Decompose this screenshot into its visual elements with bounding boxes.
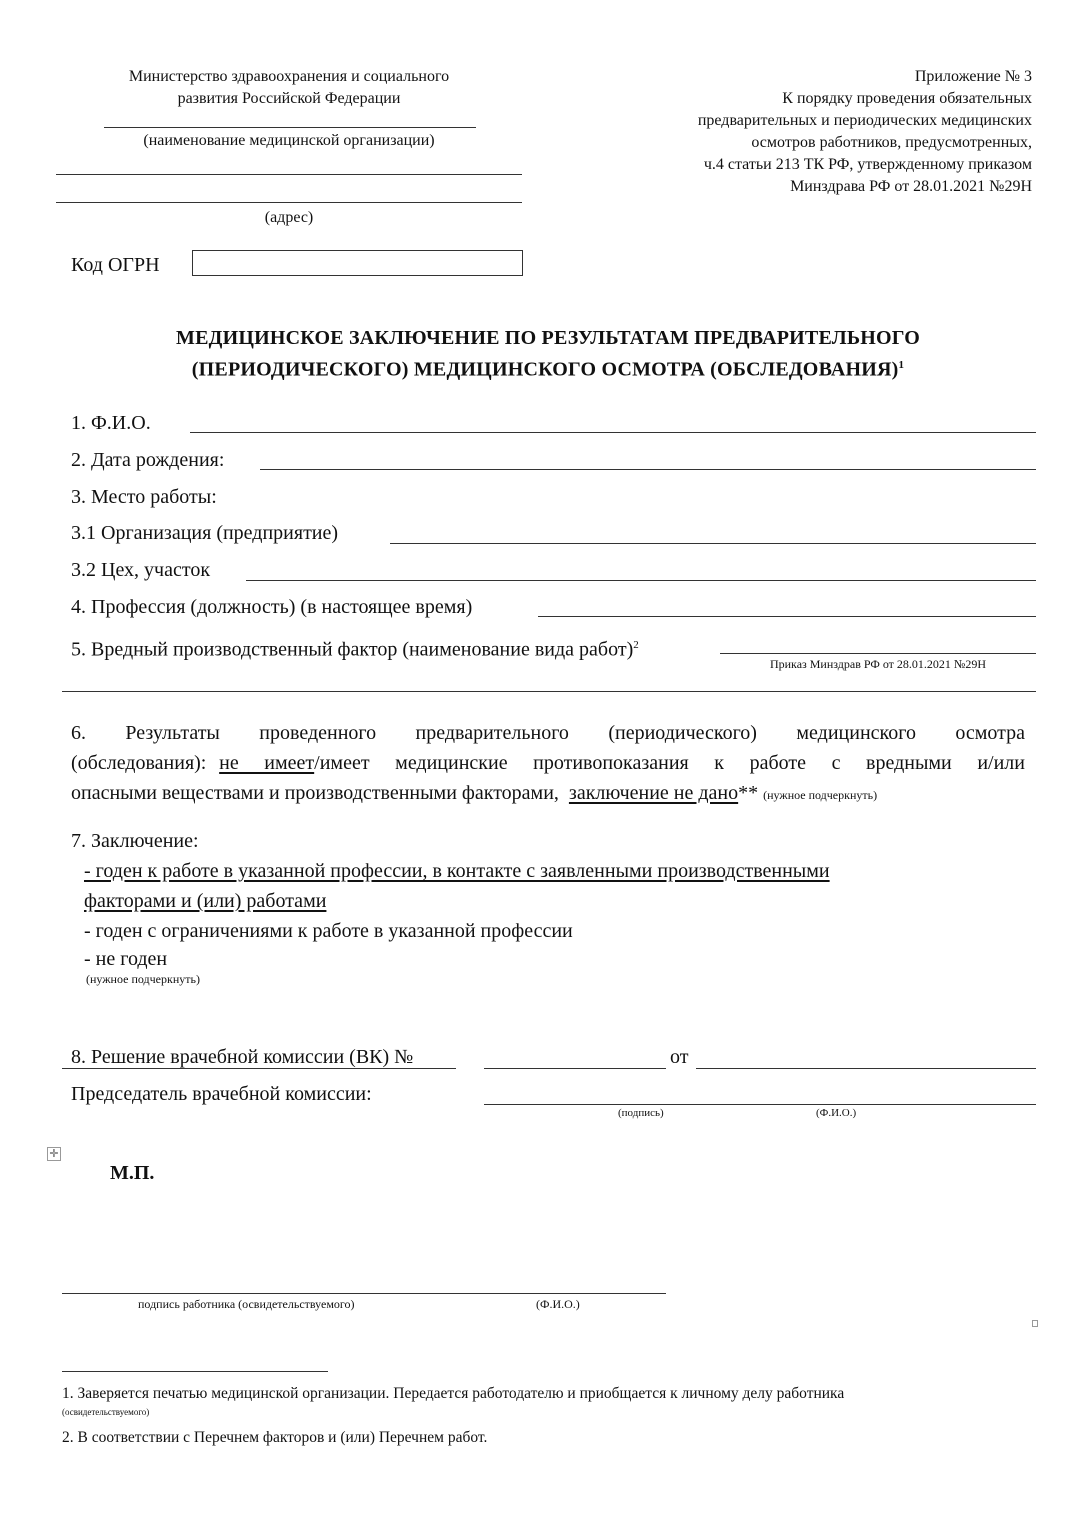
address-line-2[interactable]	[56, 202, 522, 203]
title-line-2-text: (ПЕРИОДИЧЕСКОГО) МЕДИЦИНСКОГО ОСМОТРА (О…	[192, 359, 899, 381]
option-no-conclusion[interactable]: заключение не дано	[569, 782, 738, 804]
fio-field[interactable]	[190, 432, 1036, 433]
results-line-3-prefix: опасными веществами и производственными …	[71, 782, 569, 804]
organization-label: 3.1 Организация (предприятие)	[71, 520, 338, 546]
footnote-separator	[62, 1371, 328, 1372]
harmful-factor-label-text: 5. Вредный производственный фактор (наим…	[71, 639, 633, 661]
birth-date-label: 2. Дата рождения:	[71, 447, 224, 473]
option-no-contraindications[interactable]: не имеет	[219, 752, 314, 774]
option-fit-with-restrictions[interactable]: - годен с ограничениями к работе в указа…	[84, 918, 573, 944]
harmful-factor-value: Приказ Минздрав РФ от 28.01.2021 №29Н	[720, 657, 1036, 671]
document-title: МЕДИЦИНСКОЕ ЗАКЛЮЧЕНИЕ ПО РЕЗУЛЬТАТАМ ПР…	[60, 325, 1036, 384]
org-name-line[interactable]	[104, 127, 476, 128]
conclusion-label: 7. Заключение:	[71, 828, 199, 854]
harmful-factor-label: 5. Вредный производственный фактор (наим…	[71, 632, 639, 663]
results-section: 6. Результаты проведенного предварительн…	[71, 718, 1025, 808]
decision-date-field[interactable]	[696, 1068, 1036, 1069]
appendix-line-3: предварительных и периодических медицинс…	[600, 110, 1032, 132]
ministry-line-2: развития Российской Федерации	[56, 88, 522, 110]
conclusion-note: (нужное подчеркнуть)	[86, 972, 200, 986]
worker-fio-caption: (Ф.И.О.)	[536, 1297, 580, 1311]
results-prefix: (обследования):	[71, 752, 219, 774]
stamp-label: М.П.	[110, 1162, 154, 1185]
results-rest: /имеет медицинские противопоказания к ра…	[314, 752, 1025, 774]
appendix-line-2: К порядку проведения обязательных	[600, 88, 1032, 110]
shop-field[interactable]	[246, 580, 1036, 581]
paragraph-mark-icon	[1032, 1320, 1038, 1327]
results-line-2: (обследования): не имеет/имеет медицинск…	[71, 748, 1025, 778]
fio-label: 1. Ф.И.О.	[71, 410, 151, 436]
appendix-line-4: осмотров работников, предусмотренных,	[600, 132, 1032, 154]
chairman-fio-caption: (Ф.И.О.)	[816, 1107, 856, 1120]
address-line-1[interactable]	[56, 174, 522, 175]
table-move-handle-icon[interactable]: ✛	[47, 1147, 61, 1161]
appendix-line-5: ч.4 статьи 213 ТК РФ, утвержденному прик…	[600, 154, 1032, 176]
profession-field[interactable]	[538, 616, 1036, 617]
footnote-1: 1. Заверяется печатью медицинской органи…	[62, 1384, 844, 1404]
chairman-signature-field[interactable]	[484, 1104, 1036, 1105]
chairman-signature-caption: (подпись)	[618, 1107, 664, 1120]
appendix-line-6: Минздрава РФ от 28.01.2021 №29Н	[600, 176, 1032, 198]
results-line-3: опасными веществами и производственными …	[71, 778, 1025, 808]
decision-number-field[interactable]	[484, 1068, 666, 1069]
footnote-2: 2. В соответствии с Перечнем факторов и …	[62, 1428, 487, 1448]
ministry-line-1: Министерство здравоохранения и социально…	[56, 66, 522, 88]
workplace-label: 3. Место работы:	[71, 484, 217, 510]
chairman-label: Председатель врачебной комиссии:	[71, 1081, 372, 1107]
ogrn-label: Код ОГРН	[71, 252, 160, 278]
option-fit-line-2[interactable]: факторами и (или) работами	[84, 888, 326, 914]
worker-signature-caption: подпись работника (освидетельствуемого)	[138, 1297, 355, 1311]
shop-label: 3.2 Цех, участок	[71, 557, 210, 583]
org-name-caption: (наименование медицинской организации)	[56, 130, 522, 152]
commission-decision-label: 8. Решение врачебной комиссии (ВК) №	[71, 1044, 413, 1070]
results-note: (нужное подчеркнуть)	[763, 788, 877, 802]
appendix-number: Приложение № 3	[600, 66, 1032, 88]
ogrn-field[interactable]	[192, 250, 523, 276]
header-right: Приложение № 3 К порядку проведения обяз…	[600, 66, 1032, 198]
factor-footnote-ref[interactable]: 2	[633, 639, 639, 651]
organization-field[interactable]	[390, 543, 1036, 544]
birth-date-field[interactable]	[260, 469, 1036, 470]
harmful-factor-field-continued[interactable]	[62, 691, 1036, 692]
from-label: от	[670, 1044, 688, 1070]
title-footnote-ref[interactable]: 1	[899, 359, 905, 371]
results-line-1: 6. Результаты проведенного предварительн…	[71, 718, 1025, 748]
footnote-1-small: (освидетельствуемого)	[62, 1406, 149, 1418]
option-not-fit[interactable]: - не годен	[84, 946, 167, 972]
title-line-1: МЕДИЦИНСКОЕ ЗАКЛЮЧЕНИЕ ПО РЕЗУЛЬТАТАМ ПР…	[60, 325, 1036, 352]
results-stars: **	[738, 782, 758, 804]
profession-label: 4. Профессия (должность) (в настоящее вр…	[71, 594, 472, 620]
address-caption: (адрес)	[56, 207, 522, 229]
option-fit-line-1[interactable]: - годен к работе в указанной профессии, …	[84, 858, 830, 884]
title-line-2: (ПЕРИОДИЧЕСКОГО) МЕДИЦИНСКОГО ОСМОТРА (О…	[60, 352, 1036, 384]
commission-label-underline	[62, 1068, 456, 1069]
worker-signature-field[interactable]	[62, 1293, 666, 1294]
harmful-factor-field[interactable]	[720, 653, 1036, 654]
